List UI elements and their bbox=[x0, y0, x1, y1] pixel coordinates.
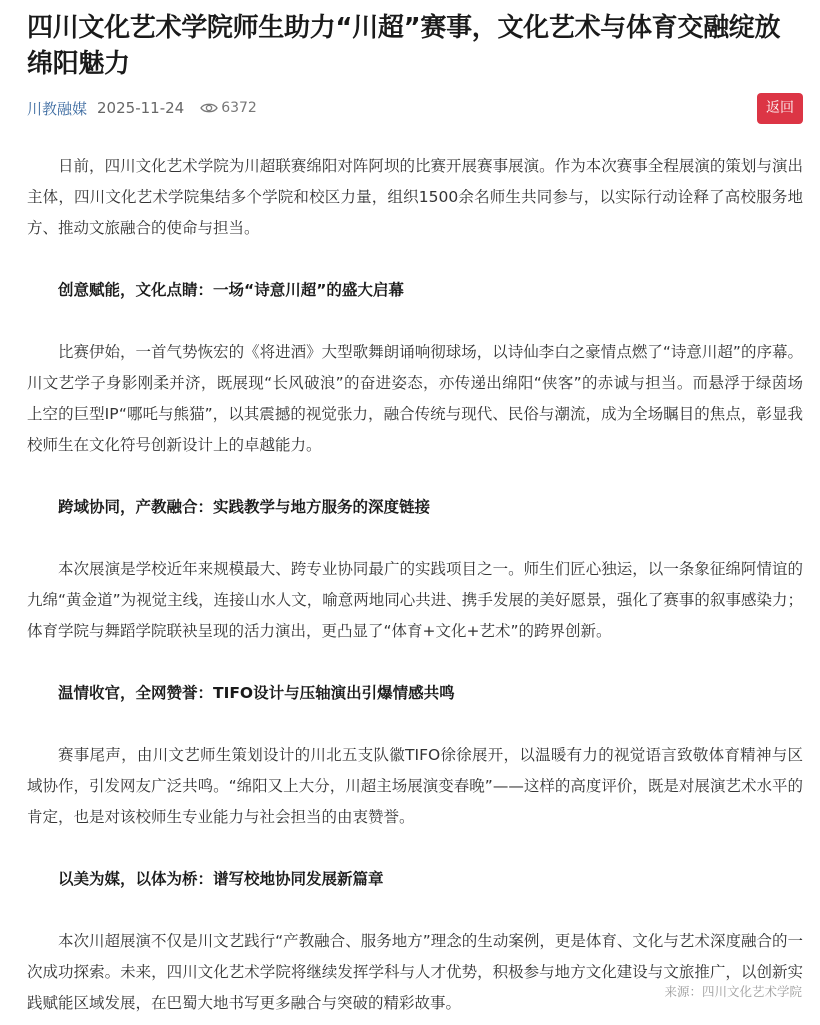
view-count: 6372 bbox=[200, 100, 257, 116]
section-heading: 创意赋能，文化点睛：一场“诗意川超”的盛大启幕 bbox=[27, 275, 803, 306]
article-title: 四川文化艺术学院师生助力“川超”赛事，文化艺术与体育交融绽放绵阳魅力 bbox=[27, 0, 803, 82]
publish-date: 2025-11-24 bbox=[97, 99, 184, 117]
view-count-value: 6372 bbox=[221, 100, 257, 116]
paragraph: 赛事尾声，由川文艺师生策划设计的川北五支队徽TIFO徐徐展开，以温暖有力的视觉语… bbox=[27, 740, 803, 833]
footer-source: 来源：四川文化艺术学院 bbox=[664, 982, 802, 1000]
article-meta: 川教融媒 2025-11-24 6372 bbox=[27, 96, 257, 120]
source-link[interactable]: 川教融媒 bbox=[27, 98, 87, 119]
paragraph: 日前，四川文化艺术学院为川超联赛绵阳对阵阿坝的比赛开展赛事展演。作为本次赛事全程… bbox=[27, 151, 803, 244]
eye-icon bbox=[200, 102, 218, 114]
section-heading: 温情收官，全网赞誉：TIFO设计与压轴演出引爆情感共鸣 bbox=[27, 678, 803, 709]
article: 四川文化艺术学院师生助力“川超”赛事，文化艺术与体育交融绽放绵阳魅力 川教融媒 … bbox=[27, 0, 803, 82]
paragraph: 本次展演是学校近年来规模最大、跨专业协同最广的实践项目之一。师生们匠心独运，以一… bbox=[27, 554, 803, 647]
section-heading: 以美为媒，以体为桥：谱写校地协同发展新篇章 bbox=[27, 864, 803, 895]
paragraph: 本次川超展演不仅是川文艺践行“产教融合、服务地方”理念的生动案例，更是体育、文化… bbox=[27, 926, 803, 1019]
article-body: 日前，四川文化艺术学院为川超联赛绵阳对阵阿坝的比赛开展赛事展演。作为本次赛事全程… bbox=[27, 151, 803, 1019]
paragraph: 比赛伊始，一首气势恢宏的《将进酒》大型歌舞朗诵响彻球场，以诗仙李白之豪情点燃了“… bbox=[27, 337, 803, 461]
back-button[interactable]: 返回 bbox=[757, 93, 803, 124]
section-heading: 跨域协同，产教融合：实践教学与地方服务的深度链接 bbox=[27, 492, 803, 523]
